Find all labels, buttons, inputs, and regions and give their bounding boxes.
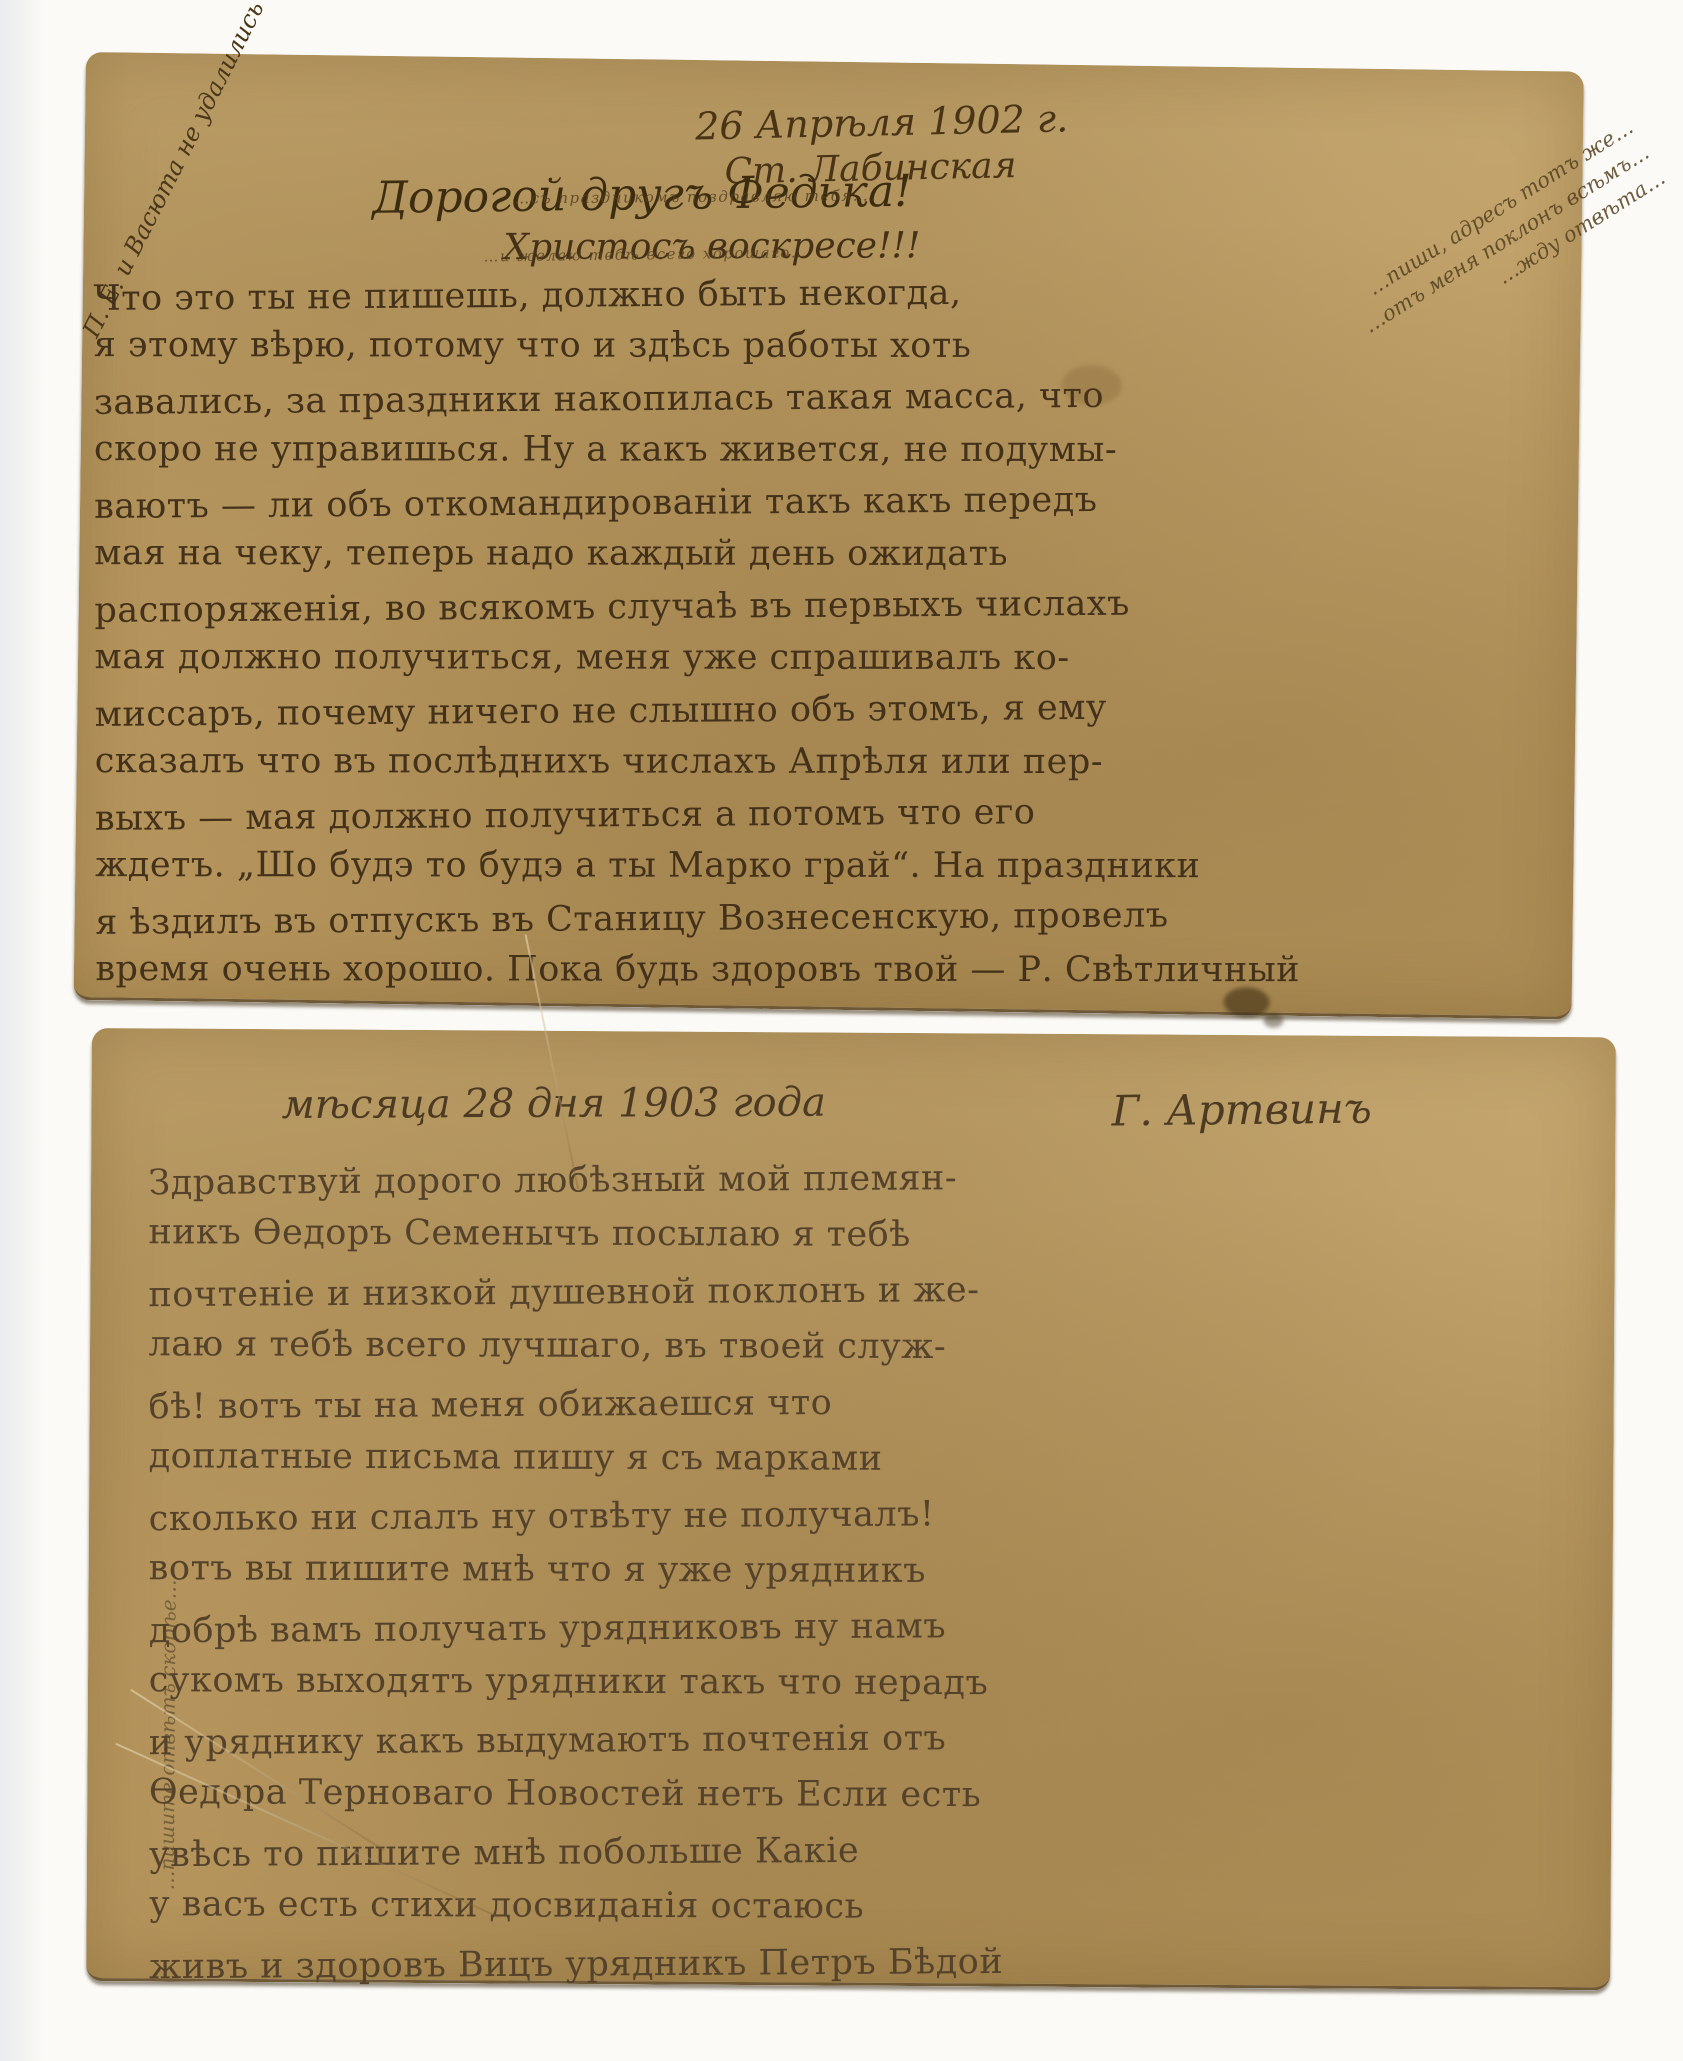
handwriting-line: почтеніе и низкой душевной поклонъ и же-	[148, 1258, 1598, 1323]
postcard-1903: мѣсяца 28 дня 1903 года Г. Артвинъ …пиши…	[86, 1028, 1616, 1990]
handwriting-line: вотъ вы пишите мнѣ что я уже урядникъ	[149, 1540, 1599, 1601]
handwriting-line: Что это ты не пишешь, должно быть некогд…	[93, 263, 1563, 325]
handwriting-line: увѣсь то пишите мнѣ побольше Какіе	[149, 1818, 1599, 1883]
scanner-edge-shadow	[0, 0, 46, 2061]
handwriting-line: доплатные письма пишу я съ марками	[149, 1428, 1599, 1489]
handwriting-line: Здравствуй дорого любѣзный мой племян-	[148, 1146, 1598, 1211]
header-date: мѣсяца 28 дня 1903 года	[281, 1076, 1581, 1128]
handwriting-line: мая на чеку, теперь надо каждый день ожи…	[94, 527, 1564, 580]
handwriting-line: лаю я тебѣ всего лучшаго, въ твоей служ-	[148, 1316, 1598, 1377]
handwriting-line: Ѳедора Терноваго Новостей нетъ Если есть	[149, 1764, 1599, 1825]
handwriting-line: у васъ есть стихи досвиданія остаюсь	[149, 1876, 1599, 1937]
handwriting-line: завались, за праздники накопилась такая …	[94, 367, 1564, 429]
handwriting-line: бѣ! вотъ ты на меня обижаешся что	[148, 1370, 1598, 1435]
handwriting-line: ждетъ. „Шо будэ то будэ а ты Марко грай“…	[95, 839, 1565, 892]
handwriting-line: время очень хорошо. Пока будь здоровъ тв…	[95, 943, 1565, 996]
paper-stain	[1061, 365, 1122, 406]
handwriting-line: я этому вѣрю, потому что и здѣсь работы …	[94, 319, 1564, 372]
letter-body: Здравствуй дорого любѣзный мой племян- н…	[148, 1150, 1599, 1991]
interline-note-1: …съ праздникомъ поздравляю тебя…	[514, 187, 869, 208]
handwriting-line: распоряженія, во всякомъ случаѣ въ первы…	[94, 575, 1564, 637]
handwriting-line: мая должно получиться, меня уже спрашива…	[95, 631, 1565, 684]
handwriting-line: добрѣ вамъ получать урядниковъ ну намъ	[149, 1594, 1599, 1659]
date-line: 26 Апрѣля 1902 г.	[695, 96, 1069, 148]
handwriting-line: миссаръ, почему ничего не слышно объ это…	[95, 679, 1565, 741]
ink-smudge	[1263, 1013, 1283, 1027]
handwriting-line: сукомъ выходятъ урядники такъ что нерадъ	[149, 1652, 1599, 1713]
handwriting-line: ваютъ — ли объ откомандированіи такъ как…	[94, 471, 1564, 533]
postcard-1902: П. Е. и Васюта не удалились — были въ Ма…	[74, 52, 1584, 1020]
handwriting-line: и уряднику какъ выдумаютъ почтенія отъ	[149, 1706, 1599, 1771]
handwriting-line: никъ Ѳедоръ Семенычъ посылаю я тебѣ	[148, 1204, 1598, 1265]
handwriting-line: выхъ — мая должно получиться а потомъ чт…	[95, 783, 1565, 845]
handwriting-line: сколько ни слалъ ну отвѣту не получалъ!	[148, 1482, 1598, 1547]
handwriting-line: скоро не управишься. Ну а какъ живется, …	[94, 423, 1564, 476]
header-city: Г. Артвинъ	[1111, 1084, 1372, 1136]
handwriting-line: сказалъ что въ послѣднихъ числахъ Апрѣля…	[95, 735, 1565, 788]
letter-body: Что это ты не пишешь, должно быть некогд…	[94, 266, 1566, 998]
ink-smudge	[1223, 987, 1269, 1018]
handwriting-line: живъ и здоровъ Вицъ урядникъ Петръ Бѣдой	[149, 1930, 1599, 1995]
handwriting-line: я ѣздилъ въ отпускъ въ Станицу Вознесенс…	[95, 887, 1565, 949]
